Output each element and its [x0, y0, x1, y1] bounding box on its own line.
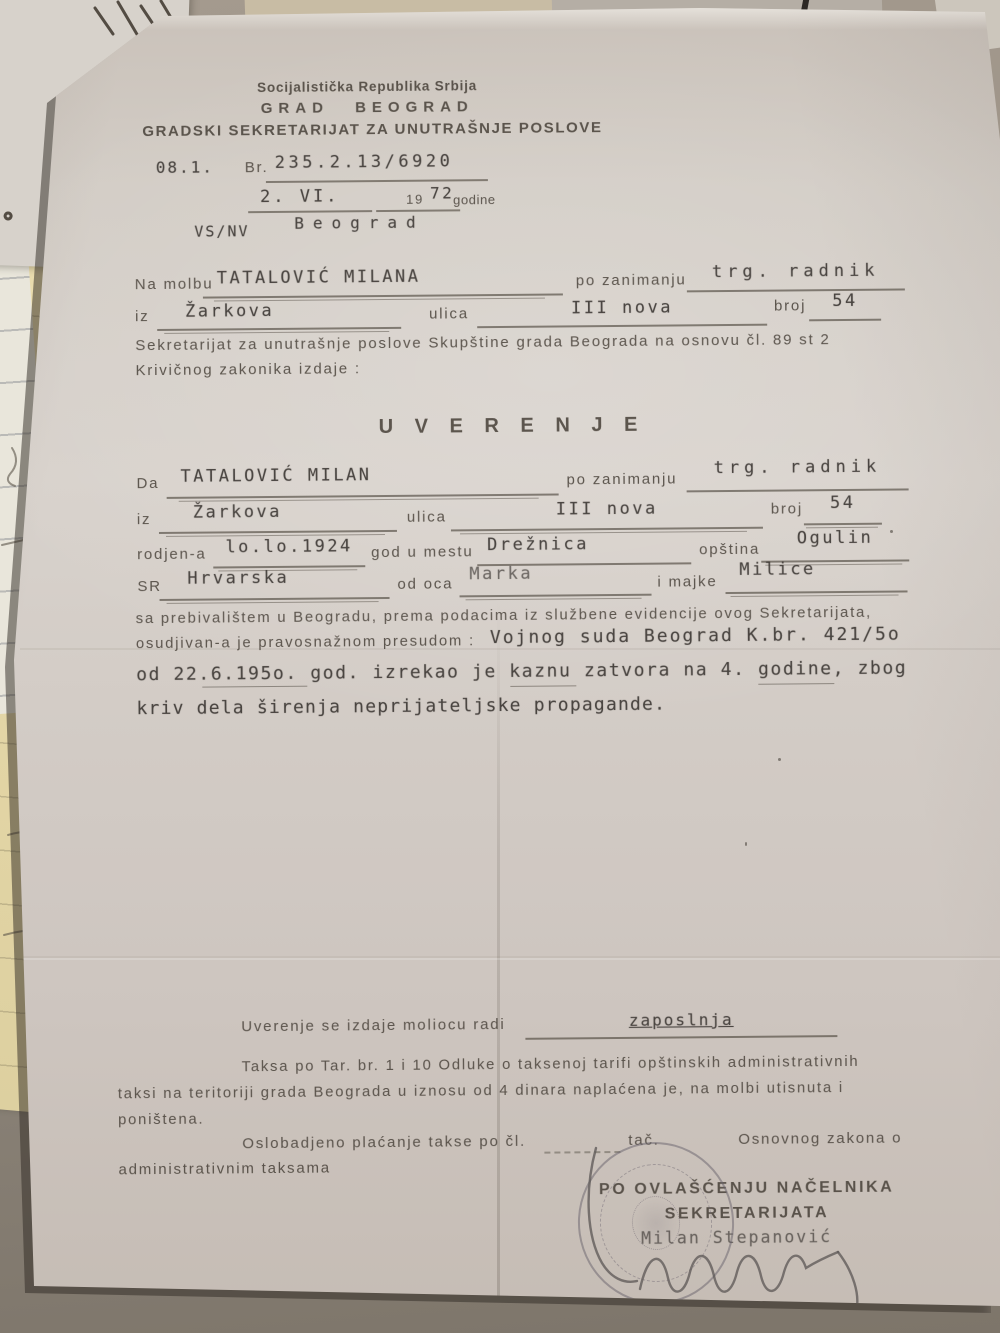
number-label: Br.: [245, 159, 269, 176]
po-zanimanju-label-2: po zanimanju: [566, 470, 677, 488]
birth-place-field: Drežnica: [477, 533, 691, 566]
purpose-value: zaposlnja: [525, 1009, 837, 1031]
underline-mark: [202, 686, 307, 688]
authority-line2: SEKRETARIJATA: [582, 1203, 912, 1224]
subject-house-number: 54: [804, 493, 882, 514]
letterhead-republic: Socijalistička Republika Srbija: [227, 78, 507, 95]
house-number: 54: [809, 291, 881, 312]
sr-label: SR: [137, 578, 162, 595]
certificate-page: Socijalistička Republika Srbija GRAD BEO…: [0, 0, 1000, 1333]
na-molbu-label: Na molbu: [135, 275, 214, 293]
exemption-suffix: Osnovnog zakona o: [738, 1130, 902, 1148]
broj-label: broj: [774, 297, 806, 314]
issue-place: Beograd: [294, 213, 425, 233]
conviction-court: Vojnog suda Beograd K.br. 421/5o: [490, 624, 901, 649]
street-field: III nova: [477, 297, 767, 329]
exemption-label: Oslobadjeno plaćanje takse po čl.: [242, 1133, 526, 1152]
broj-label-2: broj: [771, 500, 803, 517]
od-oca-label: od oca: [397, 575, 453, 592]
subject-occupation-field: trg. radnik: [686, 456, 908, 492]
tax-line2: taksi na teritoriji grada Beograda u izn…: [118, 1080, 844, 1102]
subject-name-field: TATALOVIĆ MILAN: [166, 463, 558, 498]
clerk-initials: VS/NV: [194, 222, 249, 240]
street: III nova: [477, 297, 767, 320]
purpose-field: zaposlnja: [525, 1009, 837, 1040]
applicant-name-field: TATALOVIĆ MILANA: [203, 265, 563, 298]
da-label: Da: [136, 475, 159, 492]
page-content: Socijalistička Republika Srbija GRAD BEO…: [0, 0, 1000, 1333]
iz-label: iz: [135, 308, 150, 325]
letterhead-secretariat: GRADSKI SEKRETARIJAT ZA UNUTRAŠNJE POSLO…: [137, 119, 607, 140]
republic: Hrvarska: [159, 567, 389, 589]
issue-day-month: 2. VI.: [260, 186, 340, 207]
exemption-line2: administrativnim taksama: [118, 1160, 331, 1179]
certificate-title: U V E R E N J E: [312, 413, 712, 439]
father-name: Marka: [459, 563, 651, 585]
occupation: trg. radnik: [687, 260, 905, 282]
house-number-field: 54: [809, 291, 881, 322]
subject-residence-field: Žarkova: [159, 501, 397, 534]
opstina-label: opština: [699, 541, 760, 559]
municipality: Ogulin: [761, 527, 909, 548]
subject-street: III nova: [451, 498, 763, 521]
record-line3: od 22.6.195o. god. izrekao je kaznu zatv…: [136, 657, 907, 685]
underline-mark: [758, 683, 834, 685]
subject-occupation: trg. radnik: [686, 456, 908, 478]
issue-year: 72: [430, 183, 454, 202]
tax-line3: poništena.: [118, 1112, 204, 1129]
ulica-label: ulica: [429, 305, 469, 322]
underline-mark: [510, 685, 576, 687]
republic-field: Hrvarska: [159, 567, 389, 601]
conviction-label: osudjivan-a je pravosnažnom presudom :: [136, 633, 475, 652]
i-majke-label: i majke: [657, 573, 717, 591]
subject-name: TATALOVIĆ MILAN: [166, 463, 558, 486]
case-number: 235.2.13/6920: [275, 151, 454, 173]
applicant-name: TATALOVIĆ MILANA: [203, 265, 563, 288]
tax-line1: Taksa po Tar. br. 1 i 10 Odluke o taksen…: [242, 1054, 860, 1075]
record-line4: kriv dela širenja neprijateljske propaga…: [136, 694, 666, 720]
subject-house-number-field: 54: [804, 493, 882, 526]
year-suffix: godine: [453, 192, 496, 207]
municipality-field: Ogulin: [761, 527, 909, 562]
legal-basis-line2: Krivičnog zakonika izdaje :: [135, 360, 360, 379]
occupation-field: trg. radnik: [687, 260, 905, 292]
subject-street-field: III nova: [451, 498, 763, 532]
iz-label-2: iz: [137, 511, 152, 528]
subject-residence: Žarkova: [159, 501, 397, 523]
mother-name: Milice: [725, 558, 907, 580]
legal-basis-line1: Sekretarijat za unutrašnje poslove Skupš…: [135, 331, 830, 354]
year-underline: [376, 209, 460, 212]
birth-date-field: lo.lo.1924: [213, 536, 365, 568]
signer-name: Milan Stepanović: [641, 1227, 832, 1248]
letterhead-city: GRAD BEOGRAD: [227, 98, 507, 117]
photographed-document: Socijalistička Republika Srbija GRAD BEO…: [0, 0, 1000, 1333]
residence-field: Žarkova: [157, 300, 401, 331]
mother-name-field: Milice: [725, 558, 907, 594]
birth-date: lo.lo.1924: [213, 536, 365, 557]
office-code: 08.1.: [156, 157, 214, 177]
birth-place: Drežnica: [477, 533, 691, 555]
rodjen-label: rodjen-a: [137, 546, 207, 564]
year-prefix: 19: [406, 192, 424, 207]
residence: Žarkova: [157, 300, 401, 322]
authority-line1: PO OVLAŠĆENJU NAČELNIKA: [582, 1178, 912, 1199]
ulica-label-2: ulica: [407, 508, 447, 525]
exemption-blank: [544, 1151, 620, 1154]
father-name-field: Marka: [459, 563, 651, 598]
purpose-label: Uverenje se izdaje moliocu radi: [241, 1016, 505, 1035]
po-zanimanju-label: po zanimanju: [576, 271, 687, 289]
tac-label: tač.: [628, 1132, 660, 1149]
number-underline: [266, 179, 488, 183]
god-u-mestu-label: god u mestu: [371, 543, 474, 561]
